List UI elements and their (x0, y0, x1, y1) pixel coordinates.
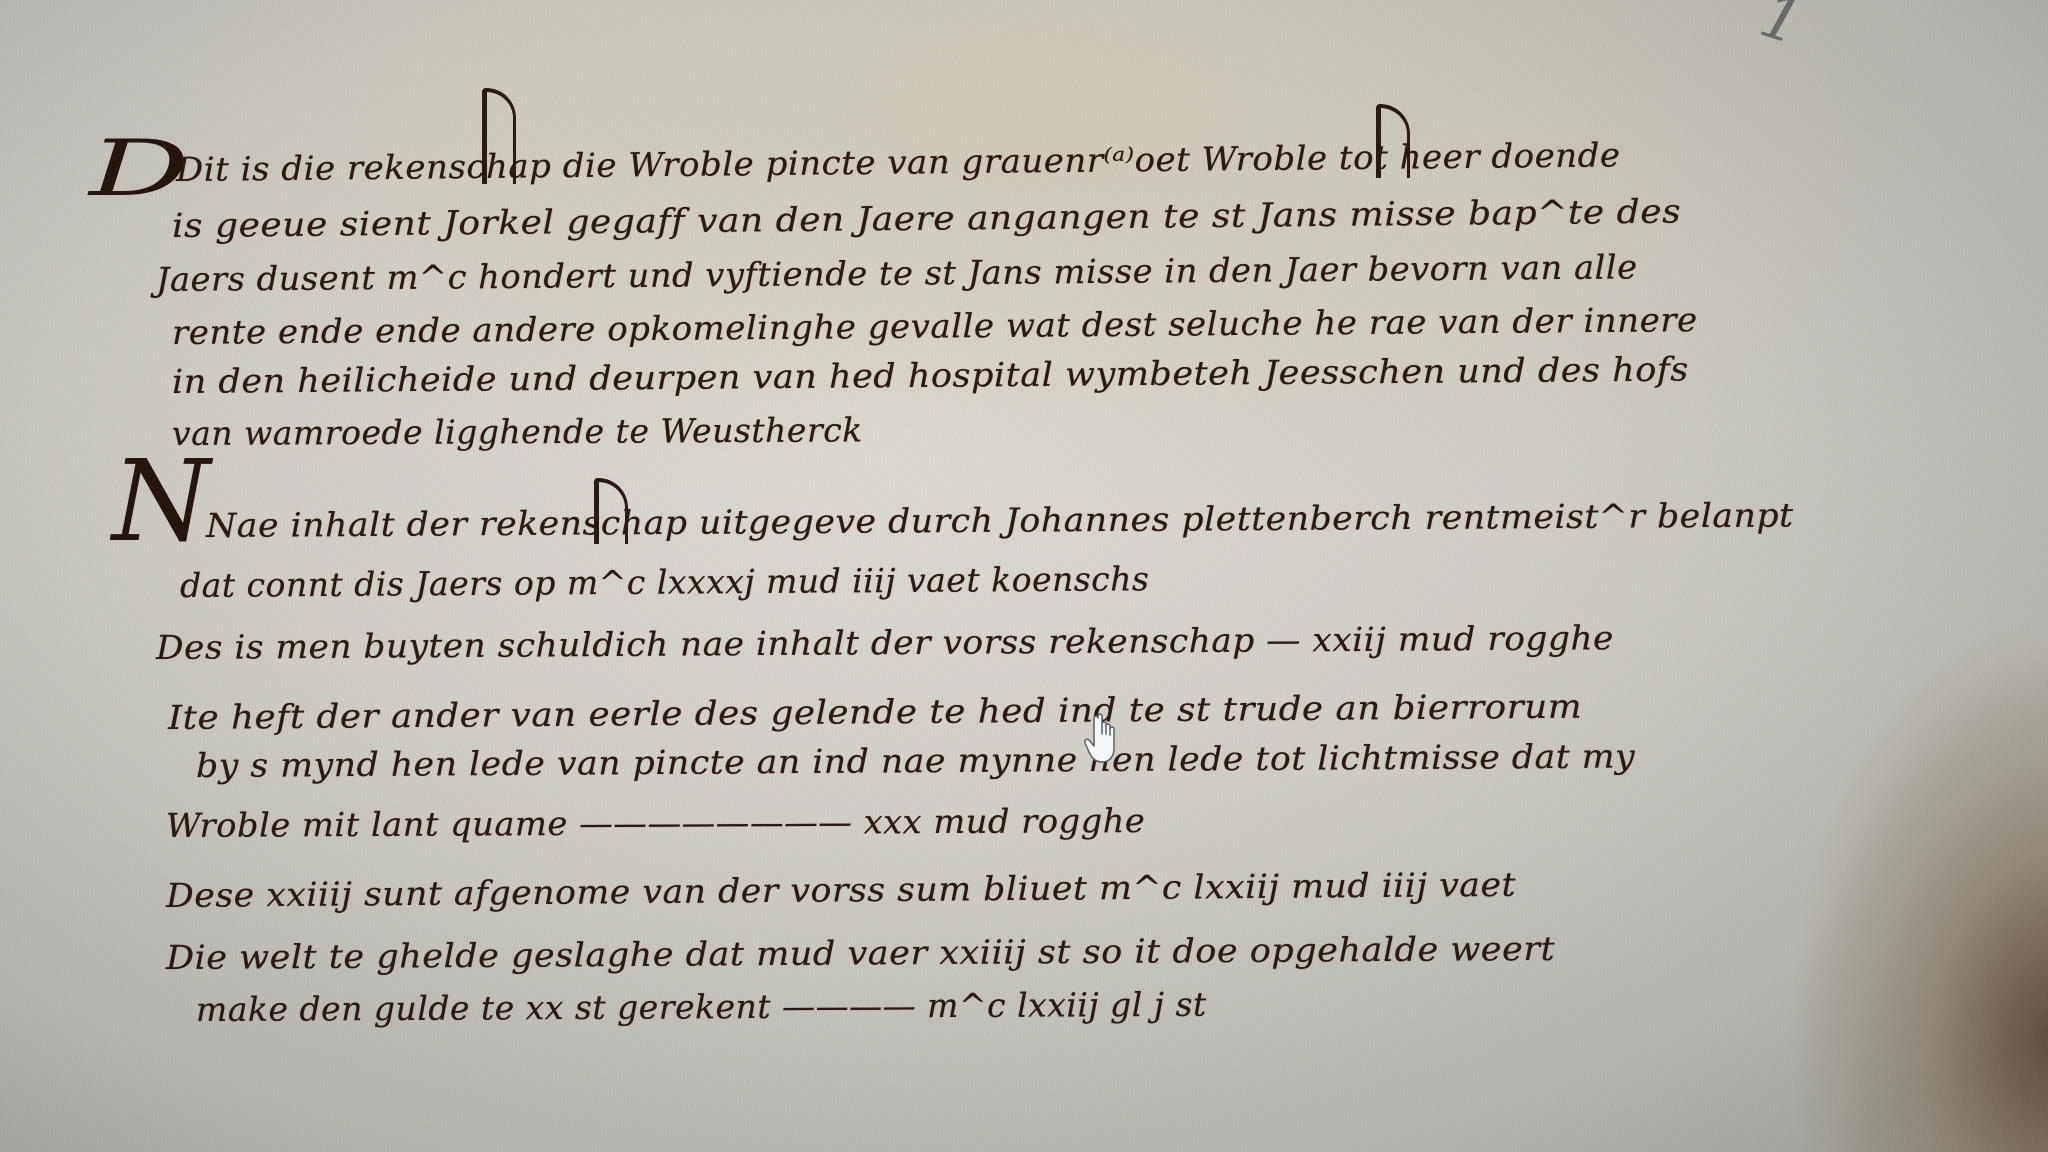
manuscript-line: by s mynd hen lede van pincte an ind nae… (196, 736, 1635, 785)
manuscript-line: Dit is die rekenschap die Wroble pincte … (176, 135, 1621, 189)
hand-pointer-icon (1084, 712, 1124, 766)
manuscript-line: is geeue sient Jorkel gegaff van den Jae… (172, 192, 1682, 245)
manuscript-line: Wroble mit lant quame ———————— xxx mud r… (166, 801, 1146, 845)
manuscript-line: make den gulde te xx st gerekent ———— m^… (196, 985, 1207, 1029)
manuscript-line: Des is men buyten schuldich nae inhalt d… (156, 618, 1614, 667)
manuscript-line: van wamroede ligghende te Weustherck (172, 410, 863, 453)
manuscript-line: in den heilicheide und deurpen van hed h… (172, 350, 1689, 401)
manuscript-line: Nae inhalt der rekenschap uitgegeve durc… (206, 495, 1794, 545)
manuscript-page: 1 D Dit is die rekenschap die Wroble pin… (0, 0, 2048, 1152)
decorated-initial-n: N (112, 446, 210, 558)
manuscript-line: Dese xxiiij sunt afgenome van der vorss … (166, 865, 1516, 915)
manuscript-line: Die welt te ghelde geslaghe dat mud vaer… (166, 929, 1555, 977)
decorated-initial-d: D (89, 130, 189, 208)
manuscript-line: Jaers dusent m^c hondert und vyftiende t… (156, 247, 1638, 299)
manuscript-line: dat connt dis Jaers op m^c lxxxxj mud ii… (180, 559, 1150, 605)
folio-number: 1 (1752, 0, 1812, 59)
manuscript-line: rente ende ende andere opkomelinghe geva… (172, 300, 1698, 352)
manuscript-line: Ite heft der ander van eerle des gelende… (168, 687, 1582, 737)
